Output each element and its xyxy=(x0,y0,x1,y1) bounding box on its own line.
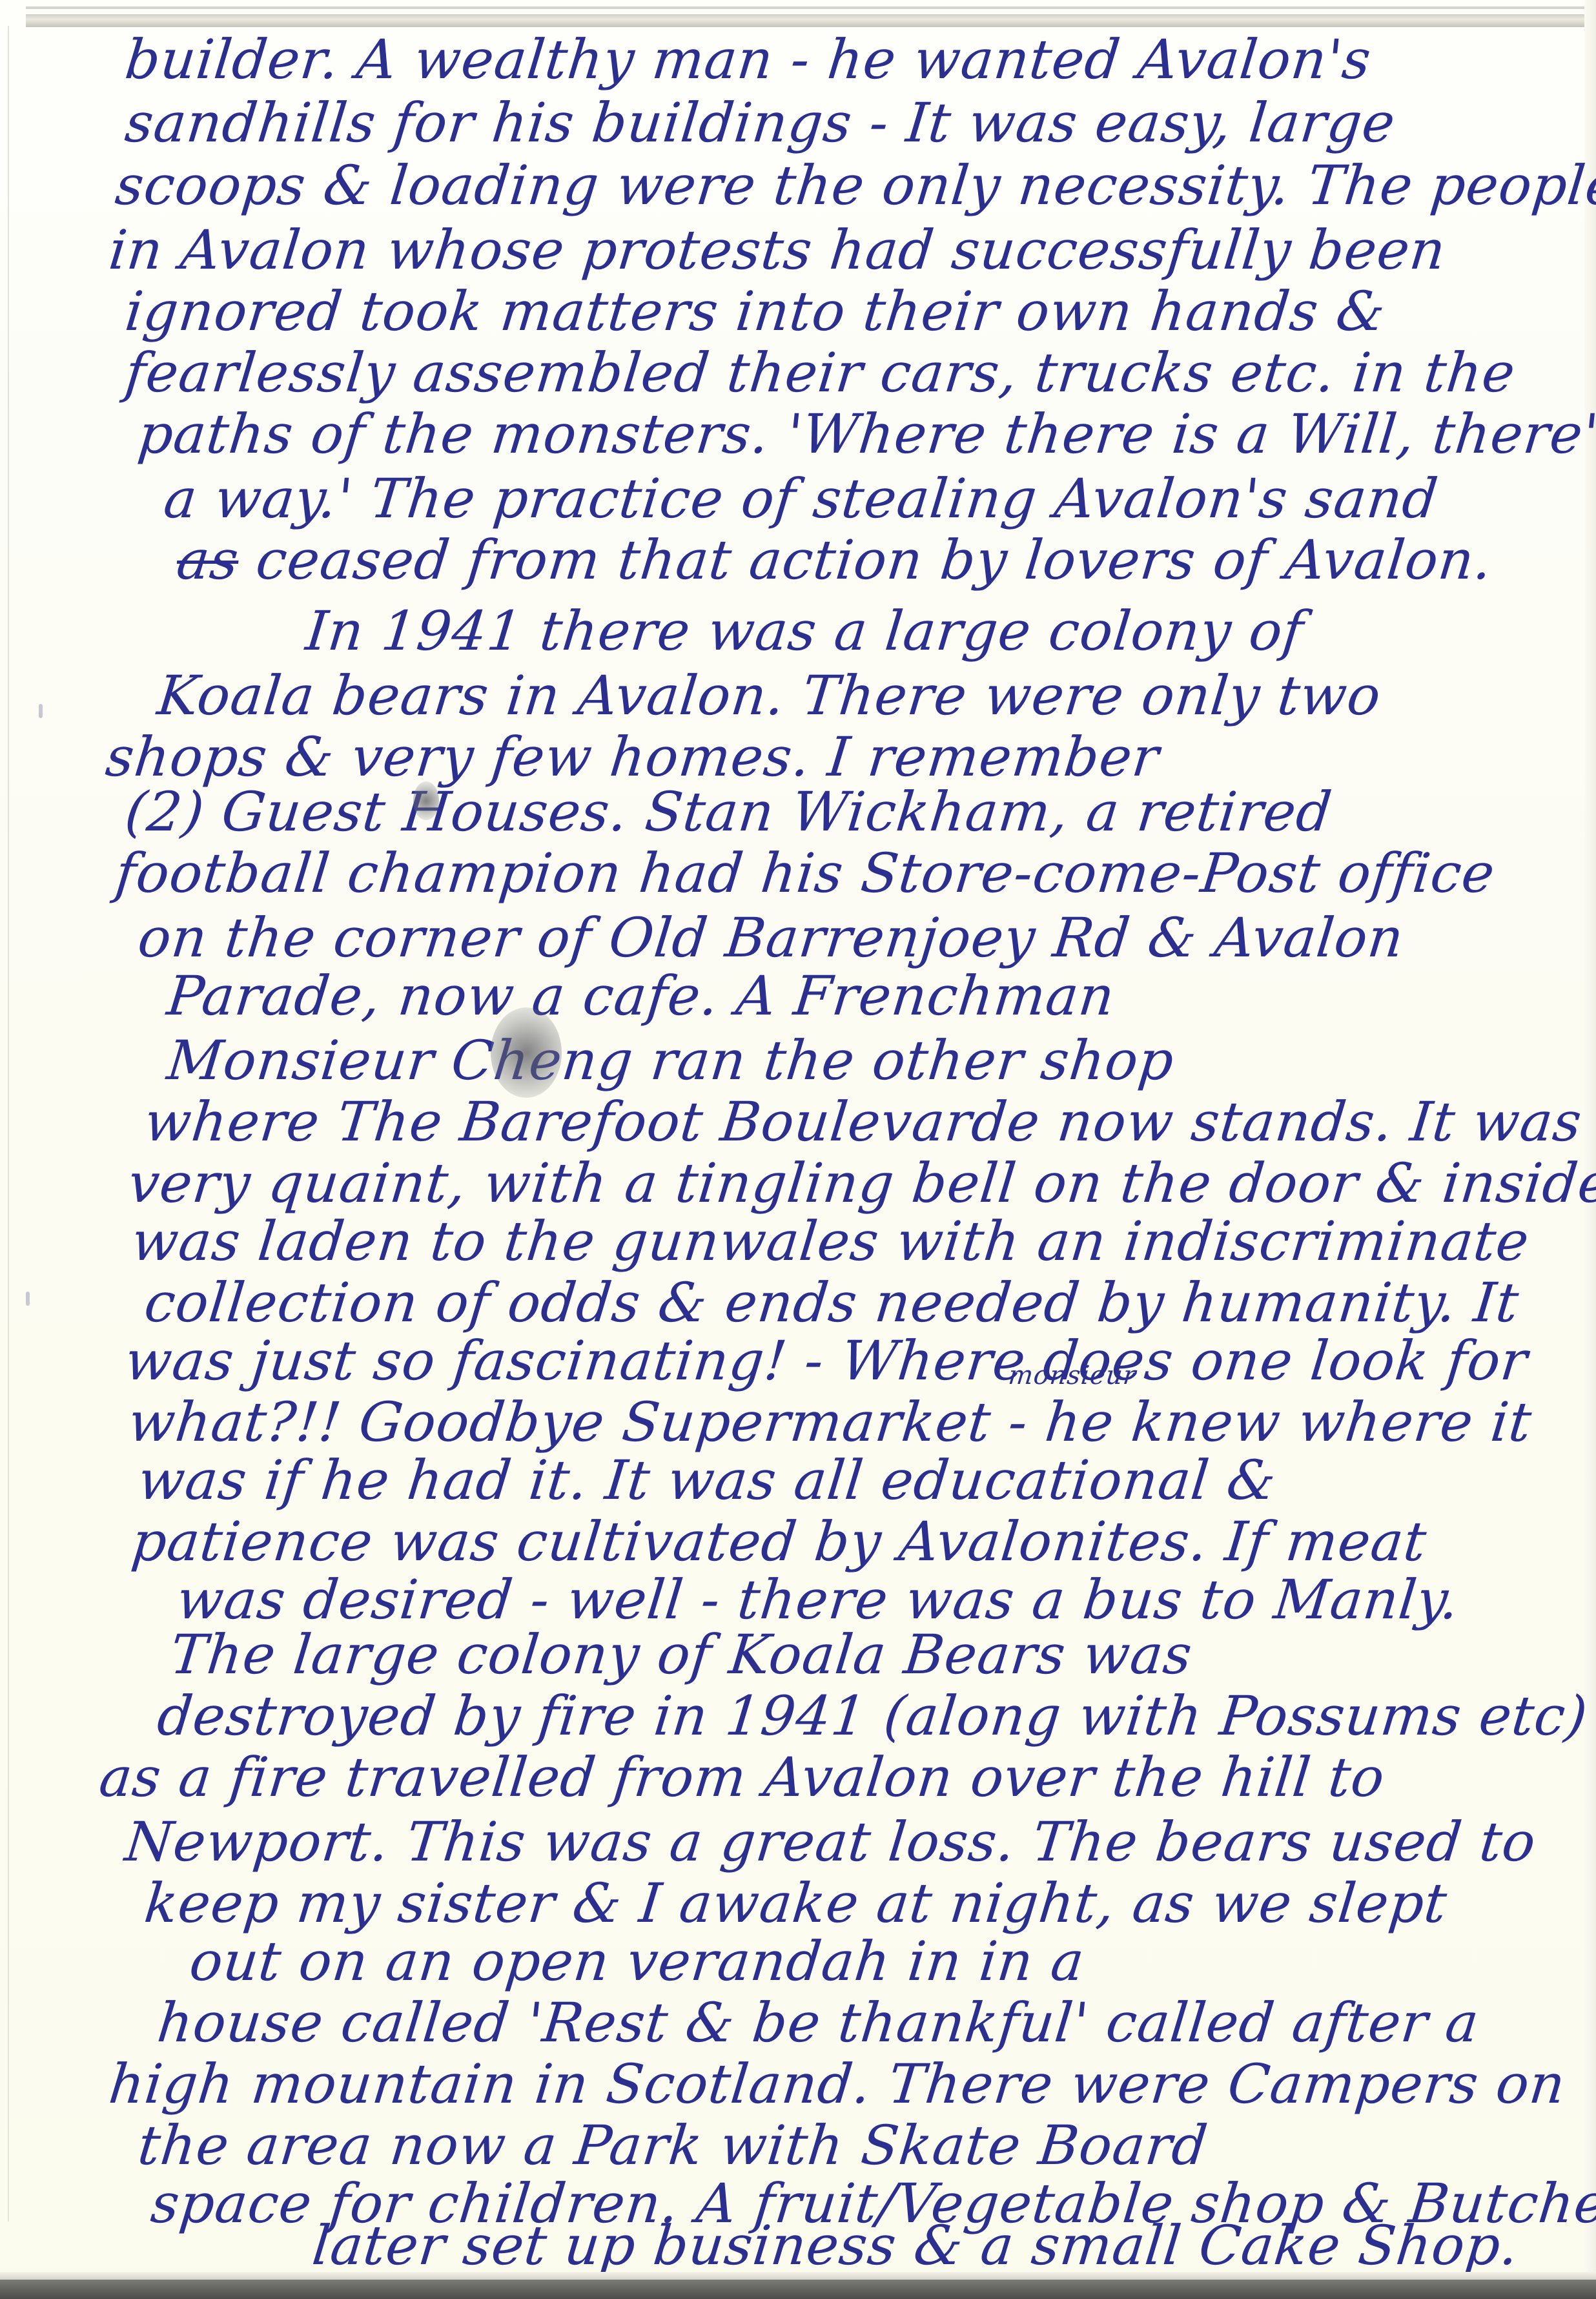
text-line: high mountain in Scotland. There were Ca… xyxy=(107,2057,1568,2111)
right-page-edge xyxy=(1584,0,1596,2299)
margin-mark xyxy=(26,1292,30,1306)
text-line: keep my sister & I awake at night, as we… xyxy=(142,1876,1450,1930)
text-line: was desired - well - there was a bus to … xyxy=(174,1572,1462,1627)
left-page-edge xyxy=(8,26,9,2222)
text-line: scoops & loading were the only necessity… xyxy=(113,158,1596,212)
text-line: destroyed by fire in 1941 (along with Po… xyxy=(155,1689,1590,1743)
text-line: out on an open verandah in in a xyxy=(187,1934,1087,1988)
text-line: very quaint, with a tingling bell on the… xyxy=(126,1156,1596,1210)
text-line: paths of the monsters. 'Where there is a… xyxy=(136,407,1596,461)
text-line: Newport. This was a great loss. The bear… xyxy=(123,1815,1539,1869)
text-line: was if he had it. It was all educational… xyxy=(136,1453,1279,1507)
ink-smudge xyxy=(491,1007,562,1098)
text-line: shops & very few homes. I remember xyxy=(103,730,1161,784)
text-line: ignored took matters into their own hand… xyxy=(123,284,1388,338)
top-binding-edge xyxy=(26,14,1596,27)
text-line: a way.' The practice of stealing Avalon'… xyxy=(161,471,1441,526)
text-line: house called 'Rest & be thankful' called… xyxy=(155,1995,1482,2050)
text-line: Parade, now a cafe. A Frenchman xyxy=(165,969,1118,1023)
scanner-bed-edge xyxy=(0,2280,1596,2299)
interlinear-note: monsieur xyxy=(1007,1363,1138,1388)
text-line: where The Barefoot Boulevarde now stands… xyxy=(142,1095,1584,1149)
line-text: ceased from that action by lovers of Ava… xyxy=(253,528,1495,592)
text-line: builder. A wealthy man - he wanted Avalo… xyxy=(123,32,1374,87)
text-line: football champion had his Store-come-Pos… xyxy=(113,846,1498,900)
text-line: the area now a Park with Skate Board xyxy=(136,2118,1211,2172)
text-line: as a fire travelled from Avalon over the… xyxy=(97,1750,1387,1804)
text-line: sandhills for his buildings - It was eas… xyxy=(123,96,1398,150)
text-line: patience was cultivated by Avalonites. I… xyxy=(129,1514,1429,1569)
top-page-edge-line xyxy=(26,6,1596,9)
text-line: was laden to the gunwales with an indisc… xyxy=(129,1214,1532,1268)
struck-word: as xyxy=(174,528,241,592)
text-line: later set up business & a small Cake Sho… xyxy=(310,2218,1521,2273)
text-line: The large colony of Koala Bears was xyxy=(168,1627,1195,1682)
text-line: on the corner of Old Barrenjoey Rd & Ava… xyxy=(136,911,1406,965)
scanned-page: builder. A wealthy man - he wanted Avalo… xyxy=(0,0,1596,2299)
text-line: In 1941 there was a large colony of xyxy=(303,604,1306,658)
text-line: was just so fascinating! - Where does on… xyxy=(123,1334,1530,1388)
text-line: Koala bears in Avalon. There were only t… xyxy=(155,668,1384,723)
ink-smudge xyxy=(413,781,439,820)
text-line: Monsieur Cheng ran the other shop xyxy=(165,1033,1177,1088)
text-line: in Avalon whose protests had successfull… xyxy=(107,223,1449,277)
text-line: what?!! Goodbye Supermarket - he knew wh… xyxy=(126,1395,1535,1449)
margin-mark xyxy=(39,704,43,718)
text-line: collection of odds & ends needed by huma… xyxy=(142,1275,1522,1330)
text-line: (2) Guest Houses. Stan Wickham, a retire… xyxy=(123,785,1335,839)
text-line: fearlessly assembled their cars, trucks … xyxy=(123,345,1518,400)
text-line: as ceased from that action by lovers of … xyxy=(174,533,1495,587)
